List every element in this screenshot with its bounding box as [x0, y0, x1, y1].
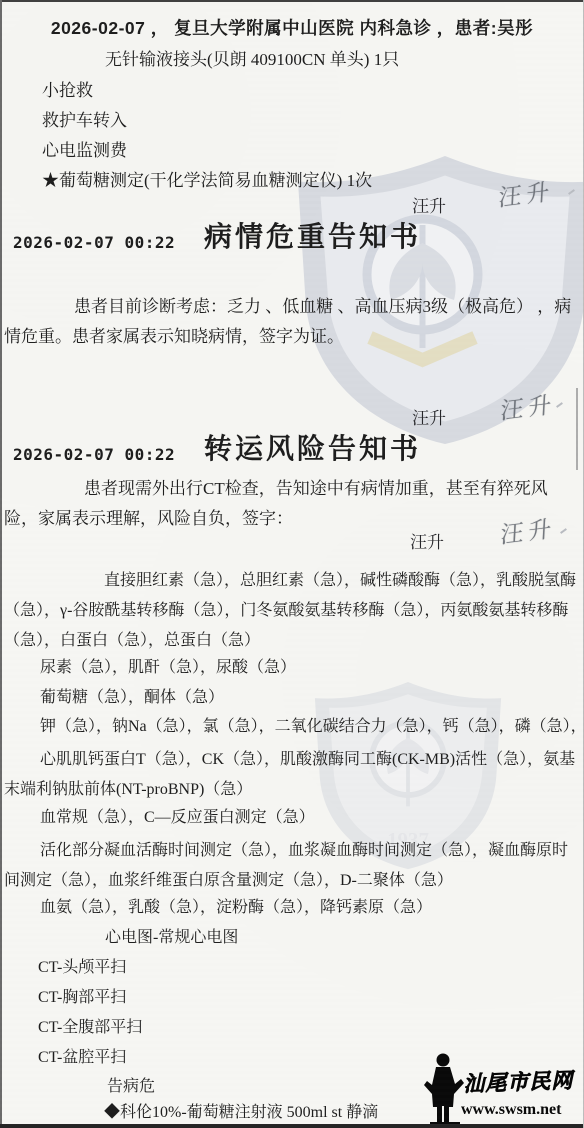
notice-body: 患者目前诊断考虑：乏力 、低血糖 、高血压病3级（极高危） ，病情危重。患者家属… — [4, 292, 580, 352]
exam-order-line: CT-头颅平扫 — [38, 958, 126, 978]
physician-printed-name: 汪升 — [412, 197, 446, 217]
notice-datetime: 2026-02-07 00:22 — [13, 445, 175, 465]
exam-order-line: CT-全腹部平扫 — [38, 1018, 142, 1038]
pen-mark — [568, 189, 575, 195]
lab-test-line: 心肌肌钙蛋白T（急），CK（急），肌酸激酶同工酶(CK-MB)活性（急），氨基末… — [4, 745, 582, 805]
medical-record-document: 1937 2026-02-07 ， 复旦大学附属中山医院 内科急诊 ，患者:吴彤… — [0, 0, 584, 1128]
photo-edge — [0, 1124, 584, 1128]
lab-test-line: 葡萄糖（急），酮体（急） — [40, 688, 224, 708]
notice-datetime: 2026-02-07 00:22 — [13, 233, 175, 253]
physician-printed-name: 汪升 — [410, 533, 444, 553]
pen-mark — [556, 402, 563, 408]
exam-order-line: CT-胸部平扫 — [38, 988, 126, 1008]
physician-handwritten-signature: 汪升 — [498, 182, 555, 209]
photo-edge — [0, 0, 2, 1128]
order-line: 心电监测费 — [42, 141, 127, 161]
notice-title: 病情危重告知书 — [204, 222, 421, 254]
order-line: 小抢救 — [42, 81, 93, 101]
exam-order-line: 告病危 — [107, 1077, 155, 1097]
order-line: ★葡萄糖测定(干化学法简易血糖测定仪) 1次 — [42, 171, 372, 191]
exam-order-line: ◆科伦10%-葡萄糖注射液 500ml st 静滴 — [104, 1103, 378, 1123]
exam-order-line: 心电图-常规心电图 — [105, 928, 238, 948]
photo-crease — [576, 388, 578, 470]
lab-test-line: 尿素（急），肌酐（急），尿酸（急） — [40, 658, 296, 678]
lab-test-line: 直接胆红素（急），总胆红素（急），碱性磷酸酶（急），乳酸脱氢酶（急），γ-谷胺酰… — [4, 566, 581, 656]
photo-edge — [0, 0, 584, 2]
notice-title: 转运风险告知书 — [204, 434, 421, 466]
lab-test-line: 活化部分凝血活酶时间测定（急），血浆凝血酶时间测定（急），凝血酶原时间测定（急）… — [4, 836, 582, 896]
physician-printed-name: 汪升 — [412, 409, 446, 429]
site-name-watermark: 汕尾市民网 — [463, 1064, 574, 1098]
order-line: 无针输液接头(贝朗 409100CN 单头) 1只 — [105, 50, 399, 70]
lab-test-line: 血常规（急），C—反应蛋白测定（急） — [40, 808, 315, 828]
notice-body: 患者现需外出行CT检查，告知途中有病情加重，甚至有猝死风险，家属表示理解，风险自… — [4, 474, 580, 534]
site-url-watermark: www.swsm.net — [461, 1101, 561, 1119]
exam-order-line: CT-盆腔平扫 — [38, 1048, 126, 1068]
physician-handwritten-signature: 汪升 — [500, 519, 557, 546]
lab-test-line: 钾（急），钠Na（急），氯（急），二氧化碳结合力（急），钙（急），磷（急），镁（… — [40, 717, 584, 737]
person-silhouette-icon — [422, 1052, 468, 1126]
lab-test-line: 血氨（急），乳酸（急），淀粉酶（急），降钙素原（急） — [40, 898, 432, 918]
order-line: 救护车转入 — [42, 111, 127, 131]
record-header: 2026-02-07 ， 复旦大学附属中山医院 内科急诊 ，患者:吴彤 — [0, 18, 584, 38]
physician-handwritten-signature: 汪升 — [500, 395, 557, 422]
